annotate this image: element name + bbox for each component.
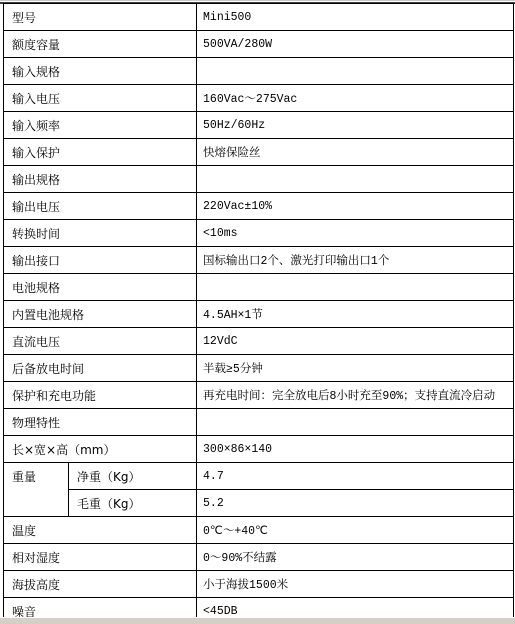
row-value: [197, 274, 514, 301]
row-value: [197, 58, 514, 85]
row-label: 海拔高度: [4, 571, 197, 598]
row-label: 输入频率: [4, 112, 197, 139]
table-row-dc-voltage: 直流电压 12VdC: [4, 328, 514, 355]
table-row-temperature: 温度 0℃～+40℃: [4, 517, 514, 544]
table-row-protection-charging: 保护和充电功能 再充电时间：完全放电后8小时充至90%；支持直流冷启动: [4, 382, 514, 409]
row-value: 再充电时间：完全放电后8小时充至90%；支持直流冷启动: [197, 382, 514, 409]
table-row-transfer-time: 转换时间 <10ms: [4, 220, 514, 247]
row-label: 净重（Kg）: [69, 463, 197, 490]
row-label: 内置电池规格: [4, 301, 197, 328]
table-row-physical-spec: 物理特性: [4, 409, 514, 436]
row-value: 220Vac±10%: [197, 193, 514, 220]
table-row-output-ports: 输出接口 国标输出口2个、激光打印输出口1个: [4, 247, 514, 274]
row-value: 0～90%不结露: [197, 544, 514, 571]
row-label: 转换时间: [4, 220, 197, 247]
table-row-model: 型号 Mini500: [4, 4, 514, 31]
bottom-frame-border: [0, 617, 515, 624]
table-row-internal-battery: 内置电池规格 4.5AH×1节: [4, 301, 514, 328]
row-label: 输入电压: [4, 85, 197, 112]
row-value: 4.5AH×1节: [197, 301, 514, 328]
weight-group-label: 重量: [4, 463, 69, 517]
table-row-output-voltage: 输出电压 220Vac±10%: [4, 193, 514, 220]
row-label: 保护和充电功能: [4, 382, 197, 409]
table-row-output-spec: 输出规格: [4, 166, 514, 193]
row-label: 输入保护: [4, 139, 197, 166]
row-value: 500VA/280W: [197, 31, 514, 58]
row-value: [197, 166, 514, 193]
row-value: 4.7: [197, 463, 514, 490]
row-value: 小于海拔1500米: [197, 571, 514, 598]
table-row-input-frequency: 输入频率 50Hz/60Hz: [4, 112, 514, 139]
row-value: Mini500: [197, 4, 514, 31]
row-value: 0℃～+40℃: [197, 517, 514, 544]
table-row-input-protection: 输入保护 快熔保险丝: [4, 139, 514, 166]
row-label: 长×宽×高（mm）: [4, 436, 197, 463]
row-label: 相对湿度: [4, 544, 197, 571]
table-row-altitude: 海拔高度 小于海拔1500米: [4, 571, 514, 598]
row-label: 型号: [4, 4, 197, 31]
row-value: 半载≥5分钟: [197, 355, 514, 382]
table-row-input-spec: 输入规格: [4, 58, 514, 85]
table-row-dimensions: 长×宽×高（mm） 300×86×140: [4, 436, 514, 463]
section-label: 电池规格: [4, 274, 197, 301]
table-row-humidity: 相对湿度 0～90%不结露: [4, 544, 514, 571]
spec-table: 型号 Mini500 额度容量 500VA/280W 输入规格 输入电压 160…: [3, 3, 514, 624]
table-row-net-weight: 重量 净重（Kg） 4.7: [4, 463, 514, 490]
row-value: 快熔保险丝: [197, 139, 514, 166]
row-value: 160Vac～275Vac: [197, 85, 514, 112]
table-row-gross-weight: 毛重（Kg） 5.2: [4, 490, 514, 517]
row-label: 输出电压: [4, 193, 197, 220]
row-value: 300×86×140: [197, 436, 514, 463]
section-label: 物理特性: [4, 409, 197, 436]
table-row-input-voltage: 输入电压 160Vac～275Vac: [4, 85, 514, 112]
row-label: 直流电压: [4, 328, 197, 355]
row-value: 12VdC: [197, 328, 514, 355]
row-value: 50Hz/60Hz: [197, 112, 514, 139]
section-label: 输入规格: [4, 58, 197, 85]
row-value: 国标输出口2个、激光打印输出口1个: [197, 247, 514, 274]
row-label: 温度: [4, 517, 197, 544]
table-row-battery-spec: 电池规格: [4, 274, 514, 301]
row-value: <10ms: [197, 220, 514, 247]
row-label: 毛重（Kg）: [69, 490, 197, 517]
table-row-rated-capacity: 额度容量 500VA/280W: [4, 31, 514, 58]
row-label: 额度容量: [4, 31, 197, 58]
section-label: 输出规格: [4, 166, 197, 193]
row-value: 5.2: [197, 490, 514, 517]
table-row-backup-time: 后备放电时间 半载≥5分钟: [4, 355, 514, 382]
row-label: 输出接口: [4, 247, 197, 274]
row-label: 后备放电时间: [4, 355, 197, 382]
row-value: [197, 409, 514, 436]
